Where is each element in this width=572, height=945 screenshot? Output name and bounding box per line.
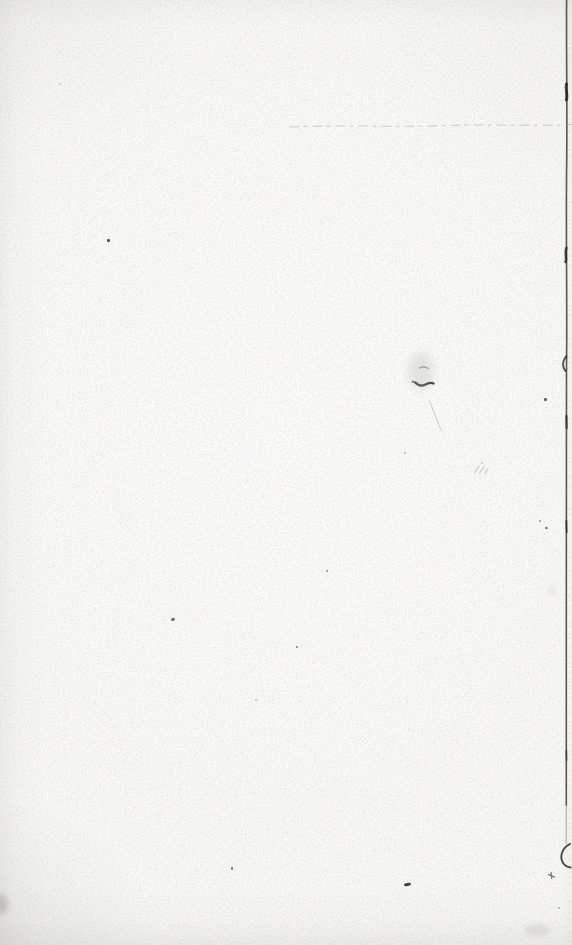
speck-right-pair-a bbox=[539, 520, 541, 522]
artifact-layer bbox=[0, 0, 572, 945]
smudge-right-lower bbox=[548, 586, 556, 596]
speck-left-upper bbox=[107, 239, 110, 242]
smudge-bottom-right-corner bbox=[524, 924, 550, 936]
speck-hatch-faint bbox=[481, 462, 483, 464]
smudge-left-edge bbox=[0, 894, 8, 914]
speck-center-left bbox=[171, 617, 175, 621]
scanned-page bbox=[0, 0, 572, 945]
speck-bottom-center bbox=[231, 867, 234, 870]
speck-right-pair-b bbox=[545, 527, 548, 529]
speck-center-lower bbox=[255, 699, 257, 701]
speck-top-left-faint bbox=[59, 83, 61, 85]
speck-bottom-right bbox=[558, 907, 560, 909]
smudge-squiggle-halo bbox=[408, 352, 434, 390]
speck-center-upper bbox=[326, 570, 328, 572]
dash-bottom bbox=[403, 882, 410, 886]
speck-scratch-end bbox=[404, 452, 406, 454]
speck-right-mid bbox=[544, 398, 547, 401]
speck-center bbox=[296, 646, 298, 648]
